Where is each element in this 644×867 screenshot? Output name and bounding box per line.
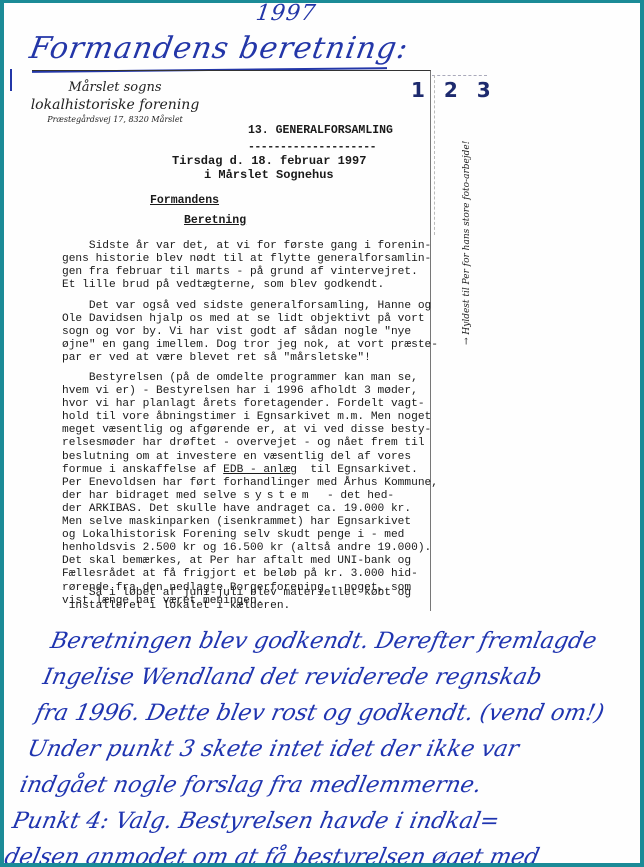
paragraph-3: Bestyrelsen (på de omdelte programmer ka… xyxy=(62,372,438,608)
page-numbers: 1 2 3 xyxy=(411,78,497,102)
letterhead-line2: lokalhistoriske forening xyxy=(30,96,200,114)
section-title-1: Formandens xyxy=(150,194,219,207)
meeting-title: 13. GENERALFORSAMLING xyxy=(248,124,393,137)
handwritten-line: Punkt 4: Valg. Bestyrelsen havde i indka… xyxy=(9,803,585,839)
handwritten-line: fra 1996. Dette blev rost og godkendt. (… xyxy=(32,695,608,731)
paragraph-3-part-a: Bestyrelsen (på de omdelte programmer ka… xyxy=(62,372,431,476)
letterhead-line1: Mårslet sogns xyxy=(30,79,200,96)
handwritten-notes: Beretningen blev godkendt. Derefter frem… xyxy=(4,623,623,863)
paragraph-1: Sidste år var det, at vi for første gang… xyxy=(62,240,431,292)
paragraph-2: Det var også ved sidste generalforsamlin… xyxy=(62,300,438,365)
tab-divider xyxy=(432,75,487,77)
system-spaced: system xyxy=(243,490,313,502)
edb-underlined: EDB - anlæg xyxy=(223,464,297,476)
section-title-2: Beretning xyxy=(184,214,246,227)
meeting-place: i Mårslet Sognehus xyxy=(204,169,334,182)
handwritten-title: Formandens beretning: xyxy=(27,31,411,66)
paragraph-4: Så i løbet af juni-juli blev materiellet… xyxy=(62,587,411,613)
meeting-date: Tirsdag d. 18. februar 1997 xyxy=(172,154,366,169)
handwritten-line: delsen anmodet om at få bestyrelsen øget… xyxy=(4,839,577,863)
handwritten-line: Beretningen blev godkendt. Derefter frem… xyxy=(47,623,623,659)
handwritten-line: indgået nogle forslag fra medlemmerne. xyxy=(17,767,593,803)
scanned-page: 1997 Formandens beretning: Mårslet sogns… xyxy=(4,3,640,863)
handwritten-line: Ingelise Wendland det reviderede regnska… xyxy=(39,659,615,695)
meeting-title-rule: -------------------- xyxy=(248,141,376,154)
margin-note: → Hyldest til Per for hans store foto-ar… xyxy=(462,141,472,345)
handwritten-line: Under punkt 3 skete intet idet der ikke … xyxy=(24,731,600,767)
handwritten-year: 1997 xyxy=(254,3,318,26)
letterhead: Mårslet sogns lokalhistoriske forening P… xyxy=(30,79,200,126)
letterhead-address: Præstegårdsvej 17, 8320 Mårslet xyxy=(30,114,200,126)
pen-stroke xyxy=(10,69,12,91)
